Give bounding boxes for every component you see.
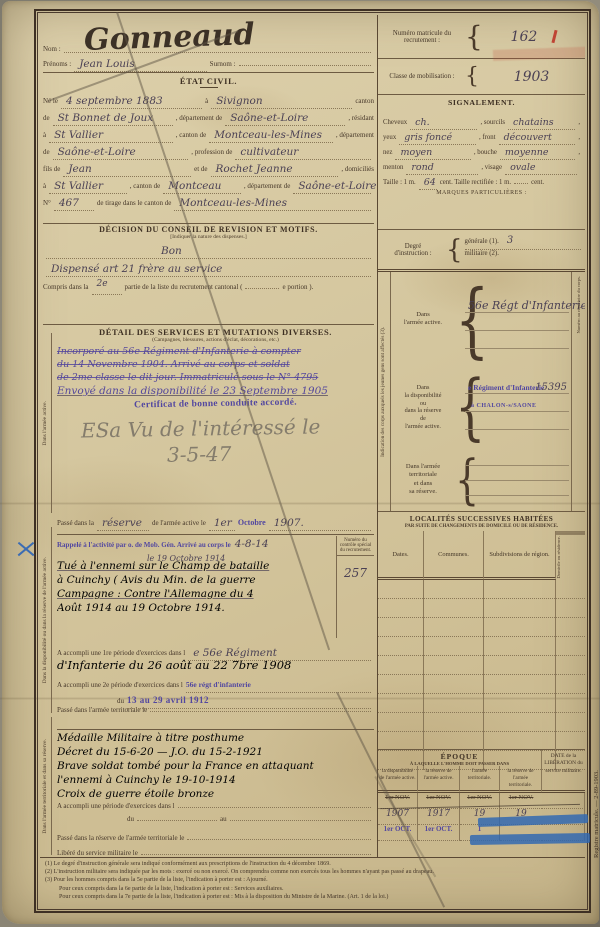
printed-label: , département de xyxy=(176,114,222,122)
epoque-cell: 1907 xyxy=(378,809,418,825)
field xyxy=(245,288,279,289)
corps-margin-label: Indication des corps auxquels les jeunes… xyxy=(381,327,387,457)
corps-dispo-label: l'armée active. xyxy=(391,423,455,431)
field: e 56e Régiment xyxy=(188,642,371,661)
printed-label: , canton de xyxy=(130,182,161,190)
printed-label: , xyxy=(578,149,580,156)
printed-label: du xyxy=(127,815,134,823)
pencil-note-line1: ESa Vu de l'intéressé le xyxy=(81,414,374,442)
empty-row xyxy=(424,637,483,656)
empty-row xyxy=(556,675,585,694)
medaille-hand2: Décret du 15-6-20 — J.O. du 15-2-1921 xyxy=(57,746,374,760)
field: 2e xyxy=(92,276,122,295)
corps-terr-label: et dans xyxy=(391,480,455,488)
ruled-line xyxy=(465,331,569,349)
handwritten-value: St Vallier xyxy=(54,180,103,192)
empty-row xyxy=(556,618,585,637)
margin-territoriale: Dans l'armée territoriale et dans sa rés… xyxy=(40,717,52,855)
medaille-militaire-section: Médaille Militaire à titre posthume Décr… xyxy=(57,732,374,834)
rappel-hand-campagne: Campagne : Contre l'Allemagne du 4 xyxy=(57,588,336,602)
degre-generale-value: 3 xyxy=(507,235,513,246)
empty-row xyxy=(378,618,423,637)
printed-label: , domiciliés xyxy=(341,165,374,173)
empty-row xyxy=(378,713,423,732)
right-column: Numéro matricule du recrutement : { 162 … xyxy=(377,15,585,857)
printed-label: Passé dans la xyxy=(57,519,94,527)
printed-label: yeux xyxy=(383,134,396,141)
empty-row xyxy=(484,637,555,656)
rappel-activite-section: Rappelé à l'activité par o. de Mob. Gén.… xyxy=(57,536,374,638)
surnom-field xyxy=(239,65,371,66)
field xyxy=(514,183,528,184)
rappel-insert-date: le 19 Octobre 1914 xyxy=(147,554,225,563)
repertoire-strip xyxy=(571,448,585,511)
document-border: Nom : Gonneaud Prénoms : Jean Louis Surn… xyxy=(34,9,591,913)
field: 64 xyxy=(419,171,437,190)
printed-label: Cheveux xyxy=(383,119,407,126)
medaille-hand1: Médaille Militaire à titre posthume xyxy=(57,732,374,746)
localites-column xyxy=(378,580,424,770)
rappel-stamp: Rappelé à l'activité par o. de Mob. Gén.… xyxy=(57,541,231,549)
printed-label: , profession de xyxy=(191,148,232,156)
services-title: DÉTAIL DES SERVICES ET MUTATIONS DIVERSE… xyxy=(57,327,374,337)
pencil-note-line2: 3-5-47 xyxy=(167,440,374,467)
localites-col-domicile: Domicile ou résidence. xyxy=(556,531,585,580)
struck-value: 1er NOV. xyxy=(467,794,492,801)
section-rule xyxy=(57,729,374,730)
printed-label: , xyxy=(578,119,580,126)
degre-label-1: Degré xyxy=(382,243,444,250)
handwritten-value: 1er xyxy=(214,517,232,529)
struck-value: 1er NOV. xyxy=(385,794,410,801)
printed-label: , bouche xyxy=(474,149,497,156)
footnotes: (1) Le degré d'instruction générale sera… xyxy=(40,857,585,907)
footnote-5: Pour ceux compris dans la 7e partie de l… xyxy=(45,893,580,901)
red-stamp-ghost xyxy=(493,46,585,61)
periode2-regiment-stamp: 56e régt d'infanterie xyxy=(186,680,251,689)
empty-row xyxy=(556,713,585,732)
empty-row xyxy=(424,713,483,732)
military-register-scan: Nom : Gonneaud Prénoms : Jean Louis Surn… xyxy=(0,0,600,927)
localites-column xyxy=(556,580,585,770)
footnote-2: (2) L'instruction militaire sera indiqué… xyxy=(45,868,580,876)
handwritten-value: Montceau-les-Mines xyxy=(214,129,322,141)
handwritten-value: 4 septembre 1883 xyxy=(66,95,163,107)
struck-value: 1er NOV. xyxy=(509,794,534,801)
field: Montceau-les-Mines xyxy=(174,192,371,211)
handwritten-value: réserve xyxy=(102,517,142,529)
nom-field: Gonneaud xyxy=(64,26,371,53)
printed-label: , visage xyxy=(481,164,502,171)
periodes-exercices-section: A accompli une 1re période d'exercices d… xyxy=(57,642,374,728)
epoque-cell: 1er OCT. xyxy=(378,825,418,841)
corps-dispo-number: 15395 xyxy=(535,382,567,393)
handwritten-value: Saône-et-Loire xyxy=(298,180,376,192)
empty-row xyxy=(378,637,423,656)
handwritten-value: Sivignon xyxy=(216,95,262,107)
section-rule xyxy=(43,223,374,224)
printed-label: A accompli une période d'exercices dans … xyxy=(57,802,175,810)
printed-label: Taille : 1 m. xyxy=(383,179,416,186)
field: 1er xyxy=(209,512,235,531)
matricule-value: 162 xyxy=(511,29,538,45)
handwritten-value: Montceau xyxy=(168,180,221,192)
empty-row xyxy=(484,713,555,732)
blue-redaction-bar xyxy=(470,833,590,845)
handwritten-value: Montceau-les-Mines xyxy=(179,197,287,209)
empty-row xyxy=(484,599,555,618)
printed-label: Né le xyxy=(43,97,58,105)
corps-active-label: l'armée active. xyxy=(391,319,455,327)
printed-label: Passé dans la réserve de l'armée territo… xyxy=(57,834,184,842)
service-entry-date: du 14 Novembre 1904. Arrivé au corps et … xyxy=(57,359,374,372)
localites-col-dates: Dates. xyxy=(378,531,424,580)
decision-hand-dispense: Dispensé art 21 frère au service xyxy=(51,263,222,275)
epoque-header: ÉPOQUE À LAQUELLE L'HOMME DOIT PASSER DA… xyxy=(378,750,542,766)
controle-special-value: 257 xyxy=(337,566,374,580)
printed-label: de l'armée active le xyxy=(152,519,206,527)
ruled-line xyxy=(465,412,569,430)
printed-label: à xyxy=(43,182,46,190)
empty-row xyxy=(484,732,555,751)
printed-label: , canton de xyxy=(176,131,207,139)
right-margin-register-note: Registre matricule. — 2-89-1903. xyxy=(593,618,600,858)
field xyxy=(137,820,217,821)
prenoms-label: Prénoms : xyxy=(43,60,71,68)
corps-terr-label: Dans l'armée xyxy=(391,463,455,471)
empty-row xyxy=(424,694,483,713)
rappel-hand-dates: Août 1914 au 19 Octobre 1914. xyxy=(57,602,336,616)
epoque-table: ÉPOQUE À LAQUELLE L'HOMME DOIT PASSER DA… xyxy=(378,750,585,841)
printed-label: nez xyxy=(383,149,392,156)
epoque-cell: 1er NOV. xyxy=(500,793,542,809)
field: Bon xyxy=(46,240,371,259)
corps-terr-label: sa réserve. xyxy=(391,488,455,496)
empty-row xyxy=(378,675,423,694)
empty-row xyxy=(378,656,423,675)
localites-column xyxy=(484,580,556,770)
numero-label: N° xyxy=(43,199,51,207)
epoque-col-disponibilite: la disponibilité de l'armée active. xyxy=(378,766,418,793)
printed-label: Libéré du service militaire le xyxy=(57,849,138,857)
empty-row xyxy=(484,675,555,694)
periode2-date-stamp: 13 au 29 avril 1912 xyxy=(127,695,209,705)
corps-margin-strip: Indication des corps auxquels les jeunes… xyxy=(378,272,391,511)
ruled-line xyxy=(465,496,569,511)
corps-dispo-stamp-regiment: e Régiment d'Infanterie xyxy=(468,383,544,392)
printed-label: fils de xyxy=(43,165,60,173)
empty-row xyxy=(424,618,483,637)
matricule-box: Numéro matricule du recrutement : { 162 xyxy=(378,15,585,59)
medaille-hand3: Brave soldat tombé pour la France en att… xyxy=(57,760,374,774)
margin-label: Dans l'armée active. xyxy=(42,401,48,446)
printed-label: A accompli une 2e période d'exercices da… xyxy=(57,681,183,689)
printed-label: du xyxy=(117,697,124,705)
epoque-col-liberation: DATE de la LIBÉRATION du service militai… xyxy=(542,750,585,793)
empty-row xyxy=(378,732,423,751)
field xyxy=(187,839,371,840)
stamp-month: Octobre xyxy=(238,518,266,527)
handwritten-value: Saône-et-Loire xyxy=(58,146,136,158)
field: Dispensé art 21 frère au service xyxy=(46,258,371,277)
empty-row xyxy=(378,580,423,599)
brace: { xyxy=(465,64,479,89)
margin-armee-active: Dans l'armée active. xyxy=(40,333,52,513)
corps-affectation-section: Indication des corps auxquels les jeunes… xyxy=(378,272,585,512)
handwritten-value: Rochet Jeanne xyxy=(216,163,293,175)
repertoire-strip xyxy=(571,367,585,449)
classe-value: 1903 xyxy=(514,69,550,85)
etat-civil-title: ÉTAT CIVIL. xyxy=(43,76,374,86)
printed-label: au xyxy=(220,815,227,823)
footnote-4: Pour ceux compris dans la 6e partie de l… xyxy=(45,885,580,893)
red-crayon-mark xyxy=(552,30,558,43)
field: ovale xyxy=(505,156,577,175)
printed-label: à xyxy=(205,97,208,105)
handwritten-value: St Vallier xyxy=(54,129,103,141)
printed-label: , sourcils xyxy=(480,119,505,126)
field: réserve xyxy=(97,512,149,531)
localites-col-communes: Communes. xyxy=(424,531,484,580)
epoque-value: 1917 xyxy=(427,809,450,819)
printed-label: cent. xyxy=(531,179,544,186)
degre-militaire-label: militaire (2). xyxy=(465,250,499,257)
empty-row xyxy=(378,599,423,618)
epoque-stamp-value: 1er OCT. xyxy=(425,825,453,833)
ruled-line xyxy=(465,349,569,367)
printed-label: partie de la liste du recrutement canton… xyxy=(125,283,243,291)
field xyxy=(141,854,371,855)
margin-disponibilite: Dans la disponibilité ou dans la réserve… xyxy=(40,527,52,713)
field: 1907. xyxy=(269,512,371,531)
printed-label: , département xyxy=(336,131,374,139)
printed-label: de tirage dans le canton de xyxy=(97,199,171,207)
handwritten-value: e 56e Régiment xyxy=(193,647,277,659)
empty-row xyxy=(556,732,585,751)
decision-hand-bon: Bon xyxy=(161,245,182,257)
empty-row xyxy=(484,694,555,713)
corps-active-value: 56e Régt d'Infanterie xyxy=(468,299,585,312)
blue-crayon-x-mark xyxy=(16,540,34,558)
medaille-hand5: Croix de guerre étoile bronze xyxy=(57,788,374,802)
left-column: Nom : Gonneaud Prénoms : Jean Louis Surn… xyxy=(40,15,377,857)
medaille-hand4: l'ennemi à Cuinchy le 19-10-1914 xyxy=(57,774,374,788)
repertoire-strip: Numéro au répertoire du corps. xyxy=(571,272,585,367)
empty-row xyxy=(484,656,555,675)
handwritten-value: cultivateur xyxy=(240,146,298,158)
classe-box: Classe de mobilisation : { 1903 xyxy=(378,59,585,95)
field: rond xyxy=(406,156,478,175)
corps-dispo-label: la disponibilité xyxy=(391,392,455,400)
field xyxy=(150,711,371,712)
epoque-stamp-value: 1er OCT. xyxy=(384,825,412,833)
controle-special-box: Numéro du contrôle spécial du recrutemen… xyxy=(336,536,374,638)
localites-subtitle: PAR SUITE DE CHANGEMENTS DE DOMICILE OU … xyxy=(378,524,585,529)
services-subtitle: (Campagnes, blessures, actions d'éclat, … xyxy=(57,337,374,343)
printed-label: e portion ). xyxy=(282,283,313,291)
service-entry-incorpore: Incorporé au 56e Régiment d'Infanterie à… xyxy=(57,346,374,359)
footnote-3: (3) Pour les hommes compris dans la 5e p… xyxy=(45,876,580,884)
degre-generale-label: générale (1). xyxy=(465,238,499,245)
ruled-line xyxy=(465,430,569,448)
nom-value: Gonneaud xyxy=(83,23,254,53)
corps-terr-label: territoriale xyxy=(391,471,455,479)
signalement-section: SIGNALEMENT. Cheveux ch. , sourcils chat… xyxy=(378,95,585,230)
empty-row xyxy=(424,675,483,694)
decision-title: DÉCISION DU CONSEIL DE REVISION ET MOTIF… xyxy=(43,225,374,234)
printed-label: menton xyxy=(383,164,403,171)
empty-row xyxy=(556,580,585,599)
title-underline xyxy=(200,87,218,88)
empty-row xyxy=(424,732,483,751)
empty-row xyxy=(556,637,585,656)
ruled-line xyxy=(465,451,569,466)
corps-dispo-label: dans la réserve xyxy=(391,407,455,415)
field xyxy=(178,807,372,808)
services-mutations-section: DÉTAIL DES SERVICES ET MUTATIONS DIVERSE… xyxy=(57,327,374,533)
epoque-col-reserve-territoriale: la réserve de l'armée territoriale. xyxy=(500,766,542,793)
surnom-label: Surnom : xyxy=(210,60,236,68)
margin-label: Dans l'armée territoriale et dans sa rés… xyxy=(42,739,48,834)
localites-column xyxy=(424,580,484,770)
handwritten-value: Saône-et-Loire xyxy=(230,112,308,124)
printed-label: , front xyxy=(479,134,496,141)
printed-label: et de xyxy=(194,165,207,173)
prenoms-field: Jean Louis xyxy=(74,53,206,72)
printed-label: à xyxy=(43,131,46,139)
controle-special-label: Numéro du contrôle spécial du recrutemen… xyxy=(337,536,374,556)
printed-label: , département de xyxy=(244,182,290,190)
degre-label-2: d'instruction : xyxy=(382,250,444,257)
classe-label: Classe de mobilisation : xyxy=(381,73,463,80)
struck-value: 1er NOV. xyxy=(426,794,451,801)
localites-section: LOCALITÉS SUCCESSIVES HABITÉES PAR SUITE… xyxy=(378,512,585,750)
section-rule xyxy=(43,72,374,73)
repertoire-label: Numéro au répertoire du corps. xyxy=(576,276,581,334)
empty-row xyxy=(424,599,483,618)
empty-row xyxy=(556,599,585,618)
numero-tirage-value: 467 xyxy=(59,197,79,209)
rappel-hand-cuinchy: à Cuinchy ( Avis du Min. de la guerre xyxy=(57,574,336,588)
corps-dispo-label: Dans xyxy=(391,384,455,392)
corps-active-label: Dans xyxy=(391,311,455,319)
corps-dispo-label: de xyxy=(391,415,455,423)
empty-row xyxy=(556,694,585,713)
field: 467 xyxy=(54,192,94,211)
etat-civil-section: ÉTAT CIVIL. Né le 4 septembre 1883 à Siv… xyxy=(43,76,374,222)
printed-label: de xyxy=(43,114,50,122)
epoque-col-territoriale: l'armée territoriale. xyxy=(460,766,500,793)
corps-dispo-stamp-ville: à CHALON-s/SAONE xyxy=(471,403,537,409)
printed-label: de xyxy=(43,148,50,156)
epoque-title: ÉPOQUE xyxy=(378,752,541,761)
handwritten-value: St Bonnet de Joux xyxy=(58,112,154,124)
epoque-cell xyxy=(542,793,585,809)
decision-conseil-section: DÉCISION DU CONSEIL DE REVISION ET MOTIF… xyxy=(43,225,374,323)
prenoms-value: Jean Louis xyxy=(79,58,135,70)
corps-dispo-label: ou xyxy=(391,400,455,408)
rappel-date: 4-8-14 xyxy=(235,538,269,550)
brace: { xyxy=(465,20,483,53)
printed-label: A accompli une 1re période d'exercices d… xyxy=(57,649,185,657)
epoque-cell: 1917 xyxy=(418,809,460,825)
localites-title: LOCALITÉS SUCCESSIVES HABITÉES xyxy=(378,515,585,523)
matricule-label: Numéro matricule du recrutement : xyxy=(381,30,463,44)
field: 13 au 29 avril 1912 xyxy=(127,690,371,709)
taille-value: 64 xyxy=(424,177,436,188)
fin-service-section: Passé dans la réserve de l'armée territo… xyxy=(57,834,374,857)
field xyxy=(230,820,371,821)
printed-label: Compris dans la xyxy=(43,283,89,291)
signalement-title: SIGNALEMENT. xyxy=(383,98,580,107)
empty-row xyxy=(378,694,423,713)
identity-header: Nom : Gonneaud Prénoms : Jean Louis Surn… xyxy=(43,15,374,71)
handwritten-value: 1907. xyxy=(274,517,304,529)
marques-particulieres-label: MARQUES PARTICULIÈRES : xyxy=(383,190,580,196)
section-rule xyxy=(57,534,374,535)
degre-instruction-box: Degré d'instruction : { générale (1).3 m… xyxy=(378,230,585,272)
printed-label: cent. Taille rectifiée : 1 m. xyxy=(440,179,511,186)
brace: { xyxy=(446,235,463,265)
empty-row xyxy=(424,656,483,675)
ruled-line xyxy=(465,313,569,331)
margin-label: Dans la disponibilité ou dans la réserve… xyxy=(42,557,48,683)
printed-label: , xyxy=(578,134,580,141)
epoque-value: 1907 xyxy=(386,809,409,819)
ruled-line xyxy=(465,466,569,481)
localites-col-subdivisions: Subdivisions de région. xyxy=(484,531,556,580)
handwritten-value: Jean xyxy=(68,163,91,175)
handwritten-value: ovale xyxy=(510,162,535,173)
printed-label: canton xyxy=(355,97,374,105)
compris-partie-value: 2e xyxy=(97,279,108,289)
empty-row xyxy=(556,656,585,675)
service-entry-immatricule: de 2me classe le dit jour. Immatriculé s… xyxy=(57,372,374,385)
printed-label: , résidant xyxy=(348,114,374,122)
footnote-1: (1) Le degré d'instruction générale sera… xyxy=(45,860,580,868)
ruled-line xyxy=(465,481,569,496)
nom-label: Nom : xyxy=(43,45,61,53)
epoque-col-reserve-active: la réserve de l'armée active. xyxy=(418,766,460,793)
epoque-cell: 1er OCT. xyxy=(418,825,460,841)
empty-row xyxy=(484,580,555,599)
empty-row xyxy=(424,580,483,599)
empty-row xyxy=(484,618,555,637)
section-rule xyxy=(43,324,374,325)
